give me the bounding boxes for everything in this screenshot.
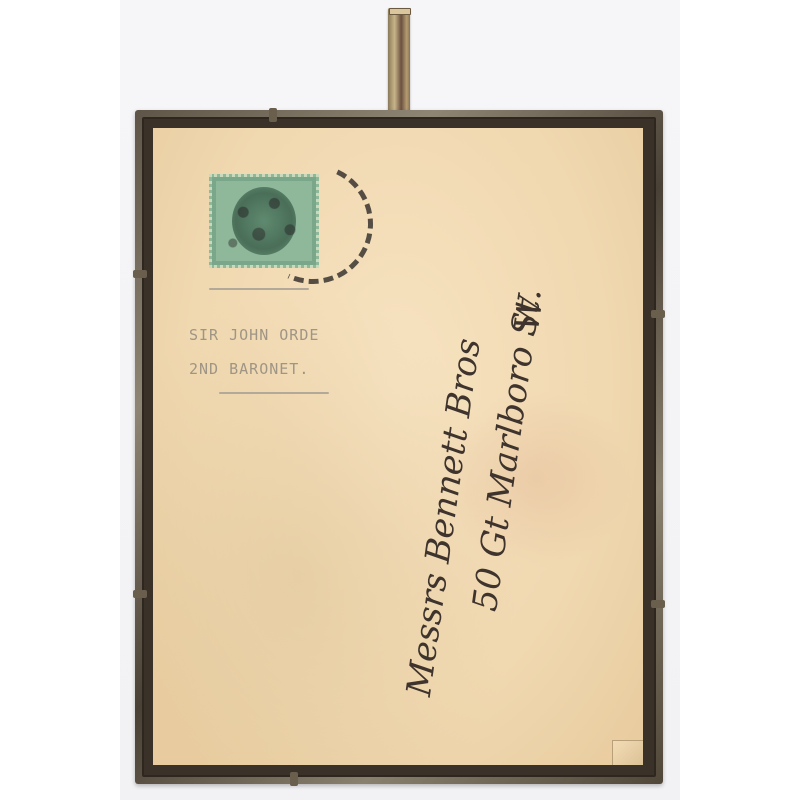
frame-clip (133, 590, 147, 598)
frame-inner-border: SIR JOHN ORDE 2ND BARONET. Messrs Bennet… (142, 117, 656, 777)
frame-clip (290, 772, 298, 786)
hanging-loop (388, 8, 410, 114)
pencil-rule-bottom (219, 392, 329, 394)
address-line-3: W (507, 293, 551, 333)
picture-frame: SIR JOHN ORDE 2ND BARONET. Messrs Bennet… (135, 110, 663, 784)
pencil-note-line-1: SIR JOHN ORDE (189, 318, 379, 352)
frame-clip (133, 270, 147, 278)
frame-clip (651, 310, 665, 318)
pencil-rule-top (209, 288, 309, 290)
frame-clip (651, 600, 665, 608)
envelope: SIR JOHN ORDE 2ND BARONET. Messrs Bennet… (153, 128, 643, 765)
folded-corner (612, 740, 643, 765)
address-line-2: 50 Gt Marlboro St. (465, 286, 550, 614)
postmark-ring (236, 147, 390, 301)
pencil-note-line-2: 2ND BARONET. (189, 352, 379, 386)
frame-clip (269, 108, 277, 122)
pencil-note: SIR JOHN ORDE 2ND BARONET. (189, 318, 379, 386)
address-line-1: Messrs Bennett Bros (399, 336, 489, 699)
